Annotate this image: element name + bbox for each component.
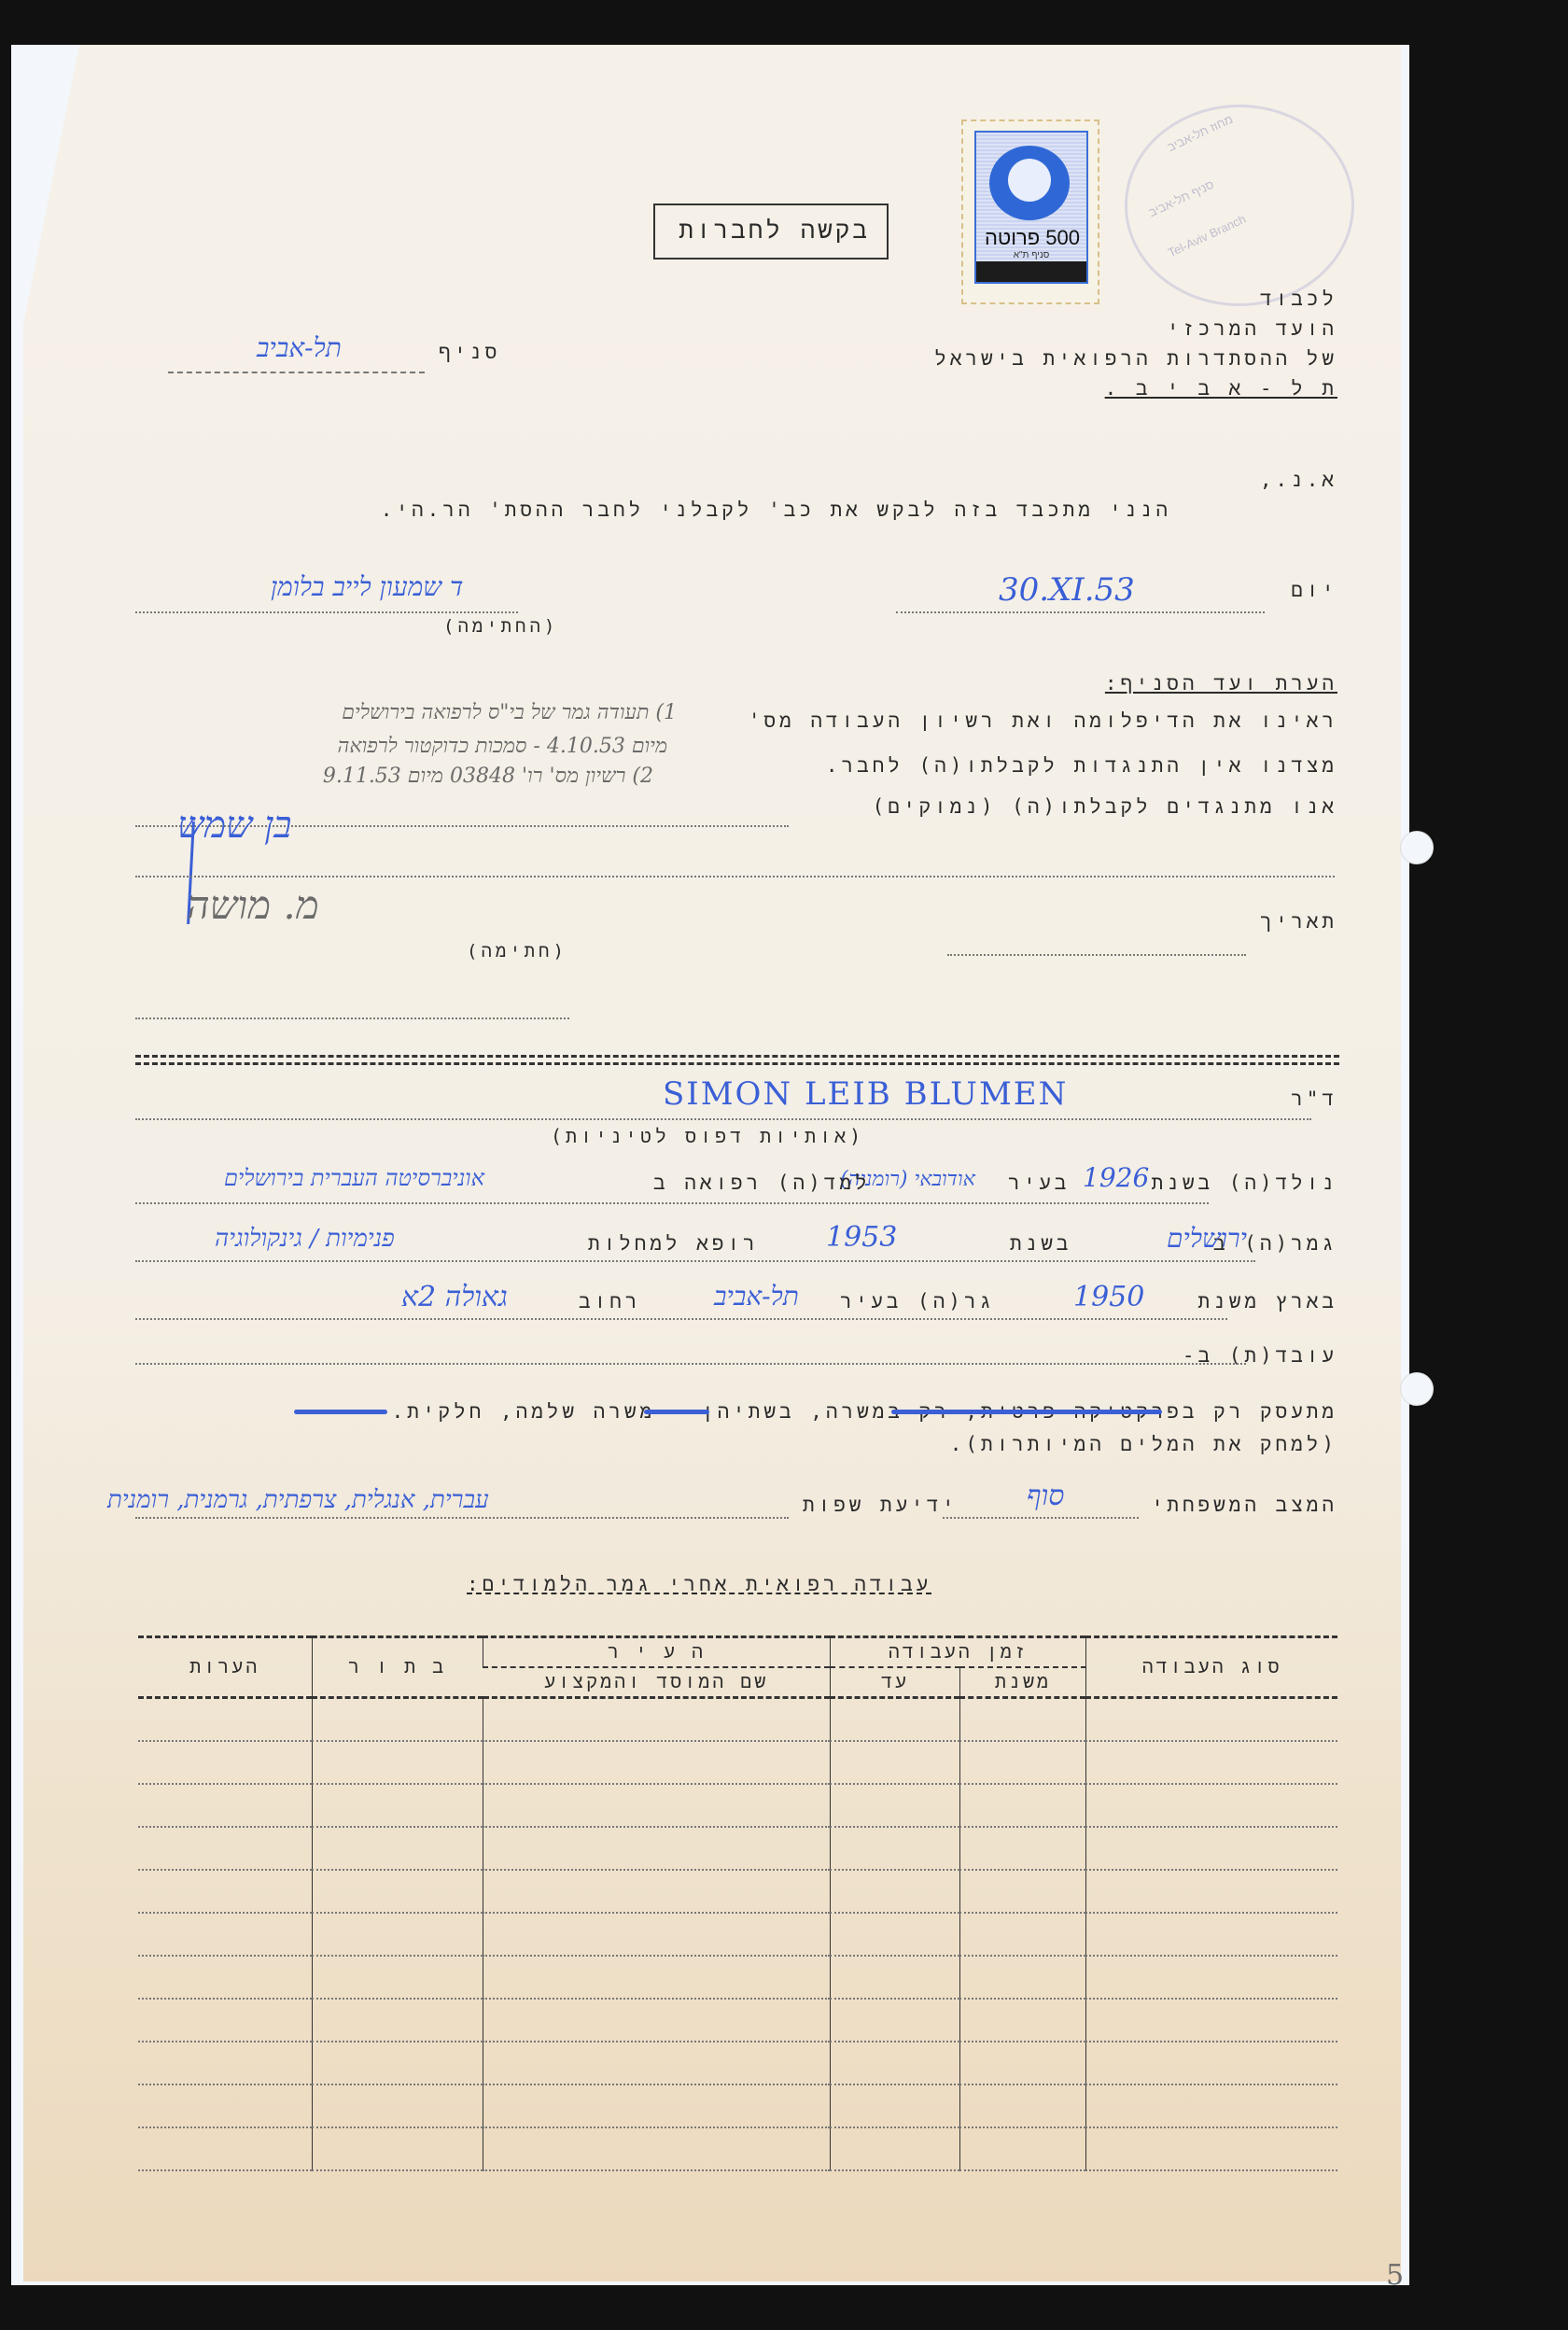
cell[interactable] xyxy=(959,1698,1085,1742)
cell[interactable] xyxy=(138,2084,312,2127)
branch-field[interactable]: תל-אביב xyxy=(257,332,342,364)
signature-caption: (החתימה) xyxy=(443,616,558,638)
specialty-field[interactable]: פנימיות / גינקולוגיה xyxy=(215,1225,395,1253)
family-status-line xyxy=(943,1517,1139,1519)
table-row xyxy=(138,1999,1337,2042)
cell[interactable] xyxy=(312,1999,483,2042)
committee-signature-2: מ. מושה xyxy=(187,882,319,929)
in-country-field[interactable]: 1950 xyxy=(1073,1281,1144,1313)
table-row xyxy=(138,1913,1337,1956)
cell[interactable] xyxy=(831,1870,960,1913)
col-institution: שם המוסד והמקצוע xyxy=(483,1667,831,1698)
works-at-field[interactable] xyxy=(135,1363,1246,1365)
born-city-label: בעיר xyxy=(1008,1172,1070,1196)
cell[interactable] xyxy=(312,1784,483,1827)
col-from: משנת xyxy=(959,1667,1085,1698)
dr-label: ד"ר xyxy=(1291,1088,1337,1112)
cell[interactable] xyxy=(138,1784,312,1827)
cell[interactable] xyxy=(959,2042,1085,2084)
cell[interactable] xyxy=(831,2084,960,2127)
street-label: רחוב xyxy=(579,1290,640,1314)
section-divider xyxy=(135,1062,1339,1065)
committee-date-line xyxy=(947,954,1246,956)
cell[interactable] xyxy=(483,1698,831,1742)
cell[interactable] xyxy=(138,1913,312,1956)
cell[interactable] xyxy=(312,1698,483,1742)
cell[interactable] xyxy=(831,1999,960,2042)
signature-line xyxy=(135,611,518,613)
committee-date-label: תאריך xyxy=(1260,910,1337,934)
cell[interactable] xyxy=(138,1827,312,1870)
cell[interactable] xyxy=(959,2084,1085,2127)
addressee-line3: של ההסתדרות הרפואית בישראל xyxy=(934,347,1337,372)
work-history-table: סוג העבודה זמן העבודה ה ע י ר ב ת ו ר הע… xyxy=(138,1635,1337,2171)
section-divider xyxy=(135,1055,1339,1058)
cell[interactable] xyxy=(1086,1999,1337,2042)
family-status-field[interactable]: סוף xyxy=(1027,1480,1064,1512)
form-title-box: בקשה לחברות xyxy=(653,204,889,260)
in-country-label: בארץ משנת xyxy=(1198,1290,1337,1314)
cell[interactable] xyxy=(312,1827,483,1870)
committee-signature-line xyxy=(135,1018,569,1019)
street-field[interactable]: גאולה 2א xyxy=(401,1281,508,1313)
cancel-bar xyxy=(976,261,1086,282)
committee-line3: אנו מתנגדים לקבלתו(ה) (נמוקים) xyxy=(873,795,1337,820)
works-at-label: עובד(ת) ב- xyxy=(1183,1344,1337,1369)
lives-city-field[interactable]: תל-אביב xyxy=(714,1281,799,1312)
addressee-line1: לכבוד xyxy=(1260,288,1337,312)
cell[interactable] xyxy=(831,1827,960,1870)
cell[interactable] xyxy=(1086,1784,1337,1827)
date-field[interactable]: 30.XI.53 xyxy=(999,571,1135,609)
cell[interactable] xyxy=(312,1741,483,1784)
occupation-text: מתעסק רק בפרקטיקה פרטית, רק במשרה, בשתיה… xyxy=(392,1400,1337,1425)
reasons-line-2 xyxy=(135,876,1335,877)
studied-at-field[interactable]: אוניברסיטה העברית בירושלים xyxy=(224,1165,484,1192)
note-line-2: מיום 4.10.53 - סמכות כדוקטור לרפואה xyxy=(117,734,667,758)
cell[interactable] xyxy=(483,1741,831,1784)
languages-label: ידיעת שפות xyxy=(803,1494,958,1518)
cell[interactable] xyxy=(959,1913,1085,1956)
strikethrough-both xyxy=(644,1410,709,1414)
address-line xyxy=(135,1318,1227,1320)
table-row xyxy=(138,1870,1337,1913)
cell[interactable] xyxy=(831,2042,960,2084)
graduated-year-field[interactable]: 1953 xyxy=(826,1221,897,1254)
request-text: הנני מתכבד בזה לבקש את כב' לקבלני לחבר ה… xyxy=(381,498,1171,523)
table-row xyxy=(138,1741,1337,1784)
committee-heading: הערת ועד הסניף: xyxy=(1105,672,1337,696)
cell[interactable] xyxy=(1086,1913,1337,1956)
graduated-year-label: בשנת xyxy=(1010,1232,1071,1256)
caduceus-emblem-icon xyxy=(989,146,1070,220)
table-row xyxy=(138,2084,1337,2127)
branch-field-line xyxy=(168,372,425,373)
cell[interactable] xyxy=(312,2042,483,2084)
cell[interactable] xyxy=(1086,2084,1337,2127)
date-label: יום xyxy=(1291,579,1337,603)
strikethrough-partial xyxy=(294,1410,387,1414)
name-line xyxy=(135,1118,1311,1120)
cell[interactable] xyxy=(959,1999,1085,2042)
date-field-line xyxy=(896,611,1265,613)
name-caption: (אותיות דפוס לטיניות) xyxy=(551,1125,864,1149)
cell[interactable] xyxy=(483,2084,831,2127)
studied-label: למד(ה) רפואה ב xyxy=(653,1172,871,1196)
languages-line xyxy=(135,1517,789,1519)
punch-hole xyxy=(1400,1372,1434,1406)
col-notes: הערות xyxy=(138,1637,312,1698)
stamp-text: סניף תל-אביב xyxy=(1146,177,1215,219)
cell[interactable] xyxy=(483,1870,831,1913)
born-label: נולד(ה) בשנת xyxy=(1152,1172,1337,1196)
graduated-line xyxy=(135,1260,1255,1262)
col-to: עד xyxy=(831,1667,960,1698)
cell[interactable] xyxy=(312,1956,483,1999)
cell[interactable] xyxy=(483,1956,831,1999)
graduated-at-field[interactable]: ירושלים xyxy=(1167,1223,1247,1255)
cell[interactable] xyxy=(312,1870,483,1913)
born-year-field[interactable]: 1926 xyxy=(1083,1162,1149,1193)
cell[interactable] xyxy=(959,1784,1085,1827)
col-role: ב ת ו ר xyxy=(312,1637,483,1698)
committee-line2: מצדנו אין התנגדות לקבלתו(ה) לחבר. xyxy=(826,754,1337,779)
cell[interactable] xyxy=(831,1913,960,1956)
cell[interactable] xyxy=(138,1741,312,1784)
addressee-city: ת ל - א ב י ב . xyxy=(1105,377,1337,401)
cell[interactable] xyxy=(831,1784,960,1827)
cell[interactable] xyxy=(312,2127,483,2170)
col-city: ה ע י ר xyxy=(483,1637,831,1668)
note-line-3: 2) רשיון מס' רו' 03848 מיום 9.11.53 xyxy=(131,764,653,788)
note-line-1: 1) תעודה גמר של בי"ס לרפואה בירושלים xyxy=(98,700,677,724)
cell[interactable] xyxy=(831,1956,960,1999)
cell[interactable] xyxy=(959,2127,1085,2170)
strikethrough-private-practice xyxy=(891,1410,1162,1414)
cell[interactable] xyxy=(483,2042,831,2084)
applicant-signature[interactable]: ד שמעון לייב בלומן xyxy=(271,571,464,603)
salutation: א.נ., xyxy=(1260,469,1337,493)
cell[interactable] xyxy=(831,2127,960,2170)
table-row xyxy=(138,2127,1337,2170)
work-table-heading: עבודה רפואית אחרי גמר הלמודים: xyxy=(467,1573,931,1597)
punch-hole xyxy=(1400,831,1434,864)
cell[interactable] xyxy=(138,1999,312,2042)
stamp-text: Tel-Aviv Branch xyxy=(1166,212,1248,260)
addressee-line2: הועד המרכזי xyxy=(1167,317,1337,342)
cell[interactable] xyxy=(138,1870,312,1913)
cell[interactable] xyxy=(1086,1956,1337,1999)
cell[interactable] xyxy=(312,1913,483,1956)
cell[interactable] xyxy=(1086,1741,1337,1784)
col-work-type: סוג העבודה xyxy=(1086,1637,1337,1698)
cell[interactable] xyxy=(959,1956,1085,1999)
lives-label: גר(ה) בעיר xyxy=(840,1290,995,1314)
cell[interactable] xyxy=(831,1698,960,1742)
torn-corner xyxy=(23,45,79,325)
cell[interactable] xyxy=(1086,2127,1337,2170)
occupation-note: (למחק את המלים המיותרות). xyxy=(950,1433,1337,1457)
cell[interactable] xyxy=(1086,1698,1337,1742)
branch-label: סניף xyxy=(439,341,500,365)
cell[interactable] xyxy=(483,1827,831,1870)
stamp-value: 500 פרוטה xyxy=(982,226,1083,250)
committee-line1: ראינו את הדיפלומה ואת רשיון העבודה מס' xyxy=(749,709,1337,734)
cell[interactable] xyxy=(483,1784,831,1827)
cell[interactable] xyxy=(483,1999,831,2042)
committee-signature-caption: (חתימה) xyxy=(467,941,567,962)
cell[interactable] xyxy=(483,2127,831,2170)
table-row xyxy=(138,1784,1337,1827)
form-title: בקשה לחברות xyxy=(679,217,870,246)
languages-field[interactable]: עברית, אנגלית, צרפתית, גרמנית, רומנית xyxy=(107,1486,489,1514)
specialty-label: רופא למחלות xyxy=(588,1232,759,1256)
cell[interactable] xyxy=(138,2127,312,2170)
branch-rubber-stamp: מחוז תל-אביב סניף תל-אביב Tel-Aviv Branc… xyxy=(1125,105,1354,306)
cell[interactable] xyxy=(1086,1870,1337,1913)
table-row xyxy=(138,1827,1337,1870)
page-number: 5 xyxy=(1386,2259,1404,2292)
born-line xyxy=(135,1202,1209,1204)
cell[interactable] xyxy=(138,1956,312,1999)
cell[interactable] xyxy=(1086,1827,1337,1870)
table-row xyxy=(138,1698,1337,1742)
cell[interactable] xyxy=(138,1698,312,1742)
table-row xyxy=(138,2042,1337,2084)
cell[interactable] xyxy=(959,1827,1085,1870)
name-field[interactable]: SIMON LEIB BLUMEN xyxy=(663,1075,1068,1113)
cell[interactable] xyxy=(138,2042,312,2084)
stamp-branch: סניף ת"א xyxy=(976,250,1086,260)
cell[interactable] xyxy=(831,1741,960,1784)
cell[interactable] xyxy=(1086,2042,1337,2084)
revenue-stamp: 500 פרוטה סניף ת"א xyxy=(961,119,1099,304)
table-row xyxy=(138,1956,1337,1999)
cell[interactable] xyxy=(959,1870,1085,1913)
col-work-time: זמן העבודה xyxy=(831,1637,1086,1668)
cell[interactable] xyxy=(959,1741,1085,1784)
family-status-label: המצב המשפחתי xyxy=(1152,1494,1337,1518)
cell[interactable] xyxy=(312,2084,483,2127)
cell[interactable] xyxy=(483,1913,831,1956)
